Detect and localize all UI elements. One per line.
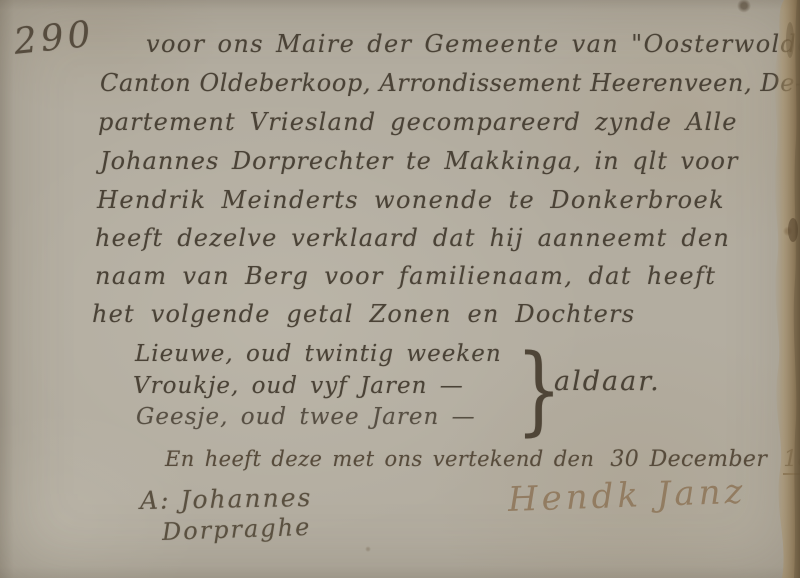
page-torn-edge (752, 0, 800, 578)
body-line-1: voor ons Maire der Gemeente van "Oosterw… (146, 30, 800, 58)
closing-date: 30 December (610, 447, 767, 472)
signature-official-line1: A: Johannes (140, 483, 313, 515)
child-line-2: Vroukje, oud vyf Jaren — (133, 373, 464, 399)
body-line-2: Canton Oldeberkoop, Arrondissement Heere… (100, 69, 800, 97)
closing-text: En heeft deze met ons vertekend den (165, 447, 594, 471)
child-line-3: Geesje, oud twee Jaren — (136, 404, 476, 430)
body-line-4: Johannes Dorprechter te Makkinga, in qlt… (100, 147, 738, 175)
signature-party: Hendk Janz (507, 472, 747, 520)
manuscript-page: 290 voor ons Maire der Gemeente van "Oos… (0, 0, 800, 578)
closing-line: En heeft deze met ons vertekend den 30 D… (165, 447, 800, 472)
signature-official-line2: Dorpraghe (162, 513, 312, 546)
body-line-5: Hendrik Meinderts wonende te Donkerbroek (97, 186, 725, 214)
act-number: 290 (12, 14, 97, 63)
body-line-7: naam van Berg voor familienaam, dat heef… (95, 262, 716, 290)
body-line-8: het volgende getal Zonen en Dochters (92, 300, 635, 328)
brace-note: aldaar. (554, 366, 661, 397)
child-line-1: Lieuwe, oud twintig weeken (135, 341, 502, 367)
body-line-3: partement Vriesland gecompareerd zynde A… (98, 108, 738, 136)
body-line-6: heeft dezelve verklaard dat hij aanneemt… (95, 224, 730, 252)
